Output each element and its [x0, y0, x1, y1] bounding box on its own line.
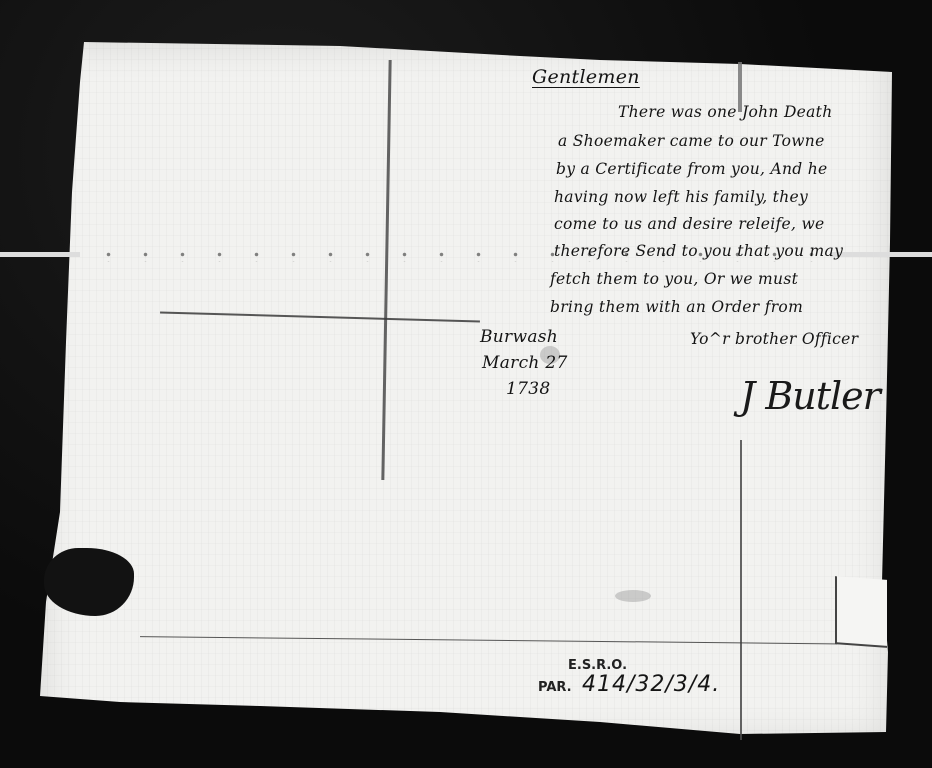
date-day: March 27 [482, 352, 568, 374]
signature: J Butler [740, 374, 880, 418]
torn-corner-flap [835, 576, 887, 648]
letter-line: therefore Send to you that you may [554, 242, 843, 260]
reference-number: 414/32/3/4. [582, 672, 720, 697]
reference-prefix: PAR. [538, 680, 572, 695]
salutation: Gentlemen [532, 66, 640, 88]
letter-line: having now left his family, they [554, 188, 808, 206]
ink-stain [44, 548, 134, 616]
letter-line: come to us and desire releife, we [554, 215, 825, 233]
place: Burwash [480, 326, 558, 348]
repository-stamp: E.S.R.O. [568, 658, 627, 673]
letter-line: by a Certificate from you, And he [556, 160, 827, 178]
letter-line: a Shoemaker came to our Towne [558, 132, 825, 150]
letter-line: bring them with an Order from [550, 298, 803, 316]
vertical-fold-line-right [740, 440, 742, 740]
smudge [615, 590, 651, 602]
letter-line: fetch them to you, Or we must [550, 270, 798, 288]
date-year: 1738 [506, 378, 550, 400]
letter-line: There was one John Death [618, 103, 833, 121]
closing: Yo^r brother Officer [690, 330, 858, 348]
